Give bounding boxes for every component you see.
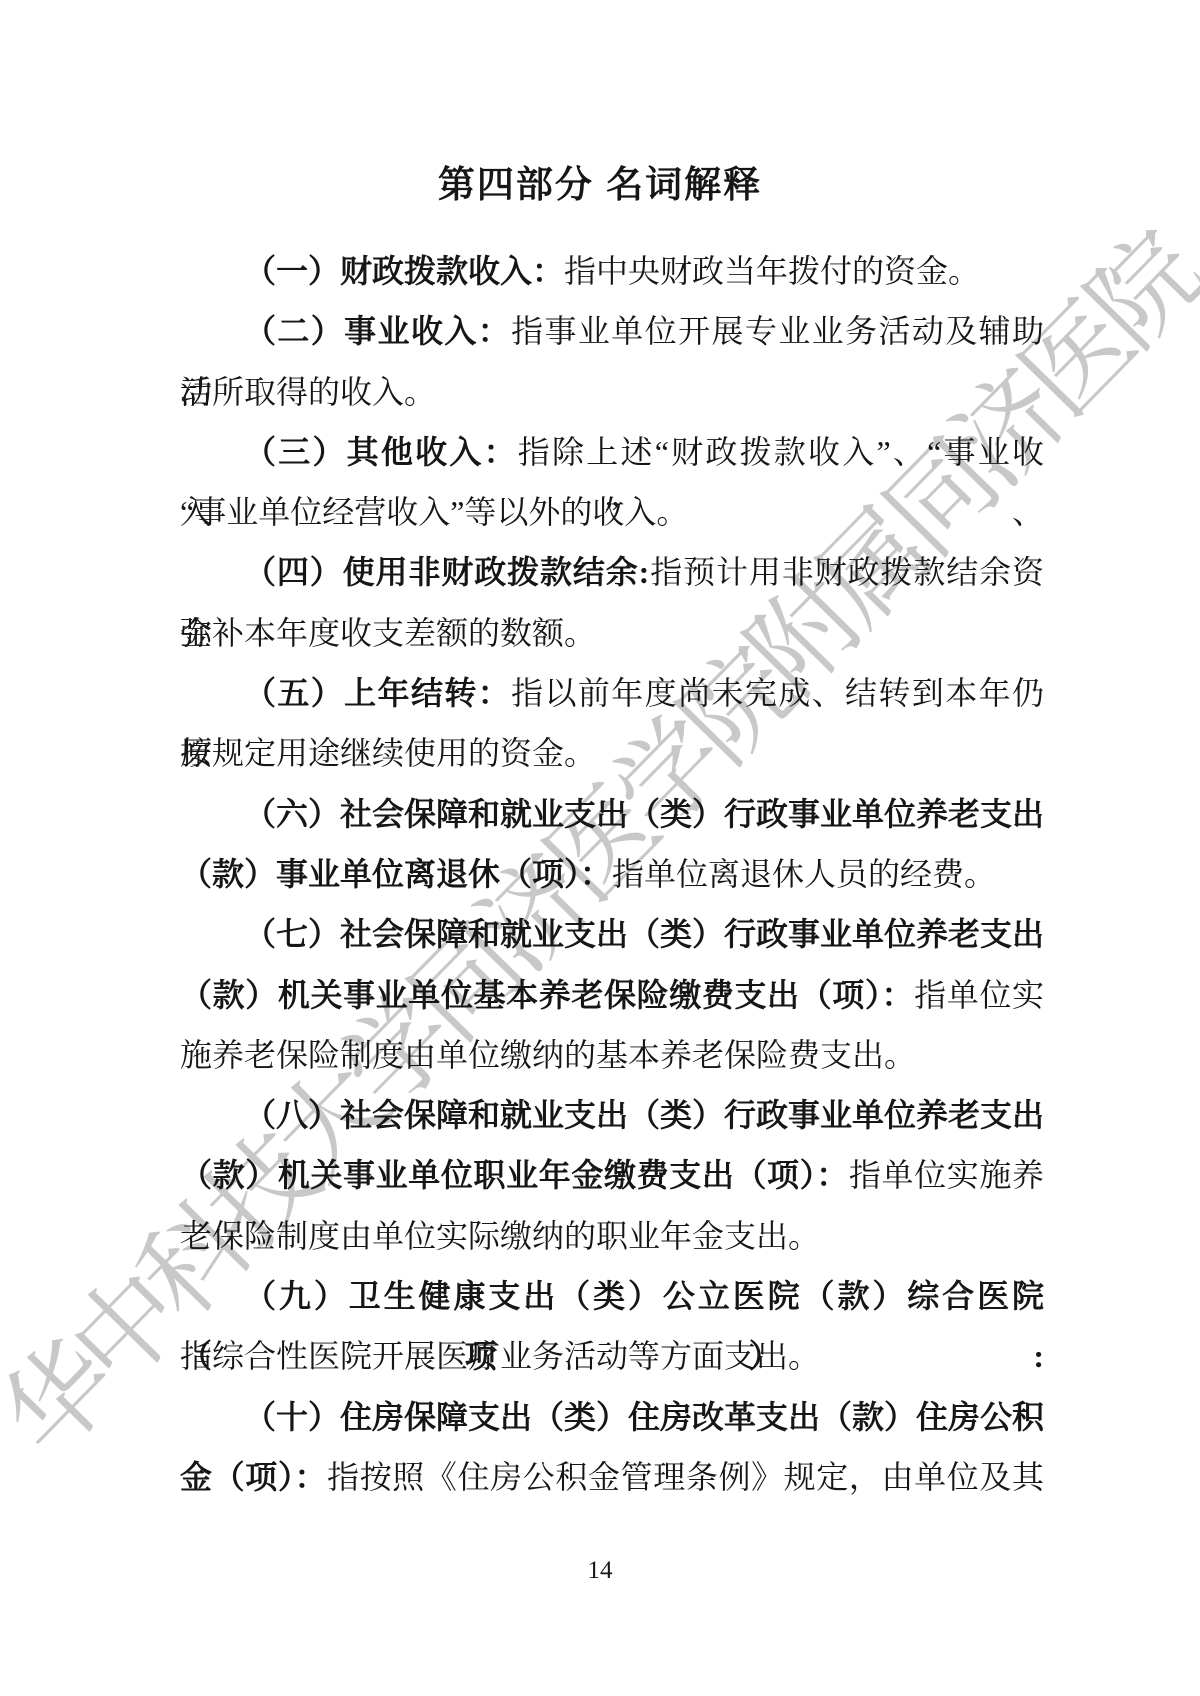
definition-line: （款）事业单位离退休（项）：指单位离退休人员的经费。 — [180, 844, 1044, 904]
definition-line: （款）机关事业单位基本养老保险缴费支出（项）：指单位实 — [180, 965, 1044, 1025]
definition-line: 原规定用途继续使用的资金。 — [180, 723, 1044, 783]
definition-text: 动所取得的收入。 — [180, 374, 436, 410]
definition-text: 施养老保险制度由单位缴纳的基本养老保险费支出。 — [180, 1037, 916, 1073]
definition-text: 弥补本年度收支差额的数额。 — [180, 615, 596, 651]
definition-text: 指综合性医院开展医疗业务活动等方面支出。 — [180, 1338, 820, 1374]
document-page: 华中科技大学同济医学院附属同济医院 第四部分 名词解释 （一）财政拨款收入：指中… — [0, 0, 1200, 1696]
definition-line: （七）社会保障和就业支出（类）行政事业单位养老支出 — [180, 904, 1044, 964]
term-label: （一）财政拨款收入： — [244, 253, 564, 289]
definition-line: 老保险制度由单位实际缴纳的职业年金支出。 — [180, 1206, 1044, 1266]
definition-line: （一）财政拨款收入：指中央财政当年拨付的资金。 — [180, 241, 1044, 301]
definition-line: 弥补本年度收支差额的数额。 — [180, 603, 1044, 663]
definition-line: （六）社会保障和就业支出（类）行政事业单位养老支出 — [180, 784, 1044, 844]
definition-text: 指单位实 — [914, 977, 1044, 1013]
term-label: （二）事业收入： — [244, 313, 511, 349]
page-number: 14 — [0, 1556, 1200, 1586]
definition-text: 指中央财政当年拨付的资金。 — [564, 253, 980, 289]
term-label: （款）机关事业单位职业年金缴费支出（项）： — [180, 1157, 849, 1193]
term-label: （款）机关事业单位基本养老保险缴费支出（项）： — [180, 977, 914, 1013]
definition-text: 原规定用途继续使用的资金。 — [180, 735, 596, 771]
definition-line: （八）社会保障和就业支出（类）行政事业单位养老支出 — [180, 1085, 1044, 1145]
definition-line: （五）上年结转：指以前年度尚未完成、结转到本年仍按 — [180, 663, 1044, 723]
term-label: （七）社会保障和就业支出（类）行政事业单位养老支出 — [244, 916, 1044, 952]
definition-text: 指单位实施养 — [849, 1157, 1044, 1193]
term-label: （三）其他收入： — [244, 434, 518, 470]
definition-line: （款）机关事业单位职业年金缴费支出（项）：指单位实施养 — [180, 1145, 1044, 1205]
definition-line: （四）使用非财政拨款结余:指预计用非财政拨款结余资金 — [180, 542, 1044, 602]
definition-text: “事业单位经营收入”等以外的收入。 — [180, 494, 688, 530]
definition-line: （三）其他收入：指除上述“财政拨款收入”、“事业收入”、 — [180, 422, 1044, 482]
definition-line: （二）事业收入：指事业单位开展专业业务活动及辅助活 — [180, 301, 1044, 361]
definition-line: 金（项）：指按照《住房公积金管理条例》规定，由单位及其 — [180, 1447, 1044, 1507]
definition-line: （九）卫生健康支出（类）公立医院（款）综合医院（项）: — [180, 1266, 1044, 1326]
term-label: （四）使用非财政拨款结余: — [244, 554, 649, 590]
definition-line: 动所取得的收入。 — [180, 362, 1044, 422]
definition-line: （十）住房保障支出（类）住房改革支出（款）住房公积 — [180, 1387, 1044, 1447]
definition-text: 指按照《住房公积金管理条例》规定，由单位及其 — [327, 1459, 1044, 1495]
definition-text: 指单位离退休人员的经费。 — [612, 856, 996, 892]
page-title: 第四部分 名词解释 — [0, 164, 1200, 206]
term-label: （五）上年结转： — [244, 675, 511, 711]
term-label: （十）住房保障支出（类）住房改革支出（款）住房公积 — [244, 1399, 1044, 1435]
term-label: （八）社会保障和就业支出（类）行政事业单位养老支出 — [244, 1097, 1044, 1133]
term-label: 金（项）： — [180, 1459, 327, 1495]
definition-line: 施养老保险制度由单位缴纳的基本养老保险费支出。 — [180, 1025, 1044, 1085]
definitions-list: （一）财政拨款收入：指中央财政当年拨付的资金。（二）事业收入：指事业单位开展专业… — [180, 241, 1044, 1507]
definition-text: 老保险制度由单位实际缴纳的职业年金支出。 — [180, 1218, 820, 1254]
term-label: （六）社会保障和就业支出（类）行政事业单位养老支出 — [244, 796, 1044, 832]
term-label: （款）事业单位离退休（项）： — [180, 856, 612, 892]
